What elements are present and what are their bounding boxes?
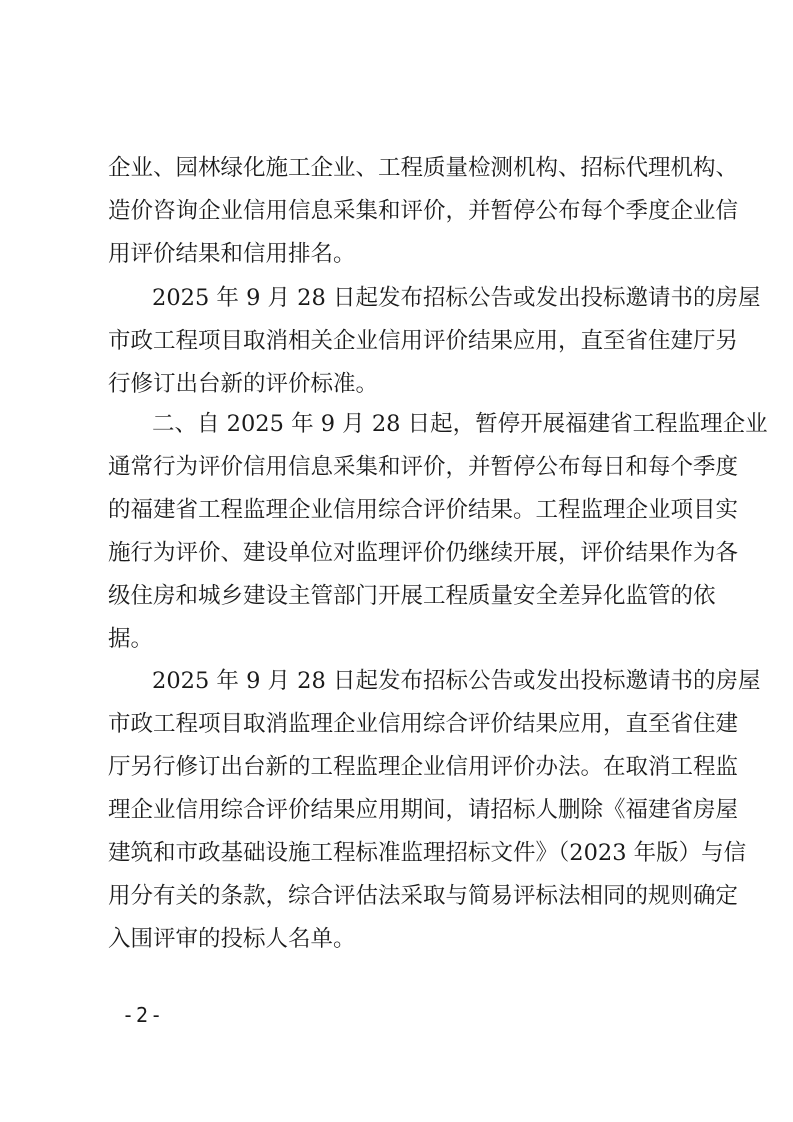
text-line: 市政工程项目取消监理企业信用综合评价结果应用，直至省住建 bbox=[108, 709, 694, 739]
text-line: 理企业信用综合评价结果应用期间，请招标人删除《福建省房屋 bbox=[108, 795, 694, 825]
text-line: 行修订出台新的评价标准。 bbox=[108, 369, 694, 399]
text-line: 企业、园林绿化施工企业、工程质量检测机构、招标代理机构、 bbox=[108, 153, 694, 183]
text-line: 入围评审的投标人名单。 bbox=[108, 924, 694, 954]
document-page: 企业、园林绿化施工企业、工程质量检测机构、招标代理机构、 造价咨询企业信用信息采… bbox=[0, 0, 793, 1122]
text-line: 用评价结果和信用排名。 bbox=[108, 239, 694, 269]
text-line: 二、自 2025 年 9 月 28 日起，暂停开展福建省工程监理企业 bbox=[152, 409, 694, 439]
text-line: 厅另行修订出台新的工程监理企业信用评价办法。在取消工程监 bbox=[108, 752, 694, 782]
text-line: 用分有关的条款，综合评估法采取与简易评标法相同的规则确定 bbox=[108, 881, 694, 911]
text-line: 通常行为评价信用信息采集和评价，并暂停公布每日和每个季度 bbox=[108, 452, 694, 482]
text-line: 2025 年 9 月 28 日起发布招标公告或发出投标邀请书的房屋 bbox=[152, 283, 694, 313]
text-line: 2025 年 9 月 28 日起发布招标公告或发出投标邀请书的房屋 bbox=[152, 666, 694, 696]
page-number: -2- bbox=[122, 1000, 164, 1030]
text-line: 的福建省工程监理企业信用综合评价结果。工程监理企业项目实 bbox=[108, 495, 694, 525]
text-line: 市政工程项目取消相关企业信用评价结果应用，直至省住建厅另 bbox=[108, 326, 694, 356]
text-line: 造价咨询企业信用信息采集和评价，并暂停公布每个季度企业信 bbox=[108, 196, 694, 226]
text-line: 据。 bbox=[108, 624, 694, 654]
text-line: 级住房和城乡建设主管部门开展工程质量安全差异化监管的依 bbox=[108, 581, 694, 611]
text-line: 建筑和市政基础设施工程标准监理招标文件》（2023 年版）与信 bbox=[108, 838, 694, 868]
text-line: 施行为评价、建设单位对监理评价仍继续开展，评价结果作为各 bbox=[108, 538, 694, 568]
